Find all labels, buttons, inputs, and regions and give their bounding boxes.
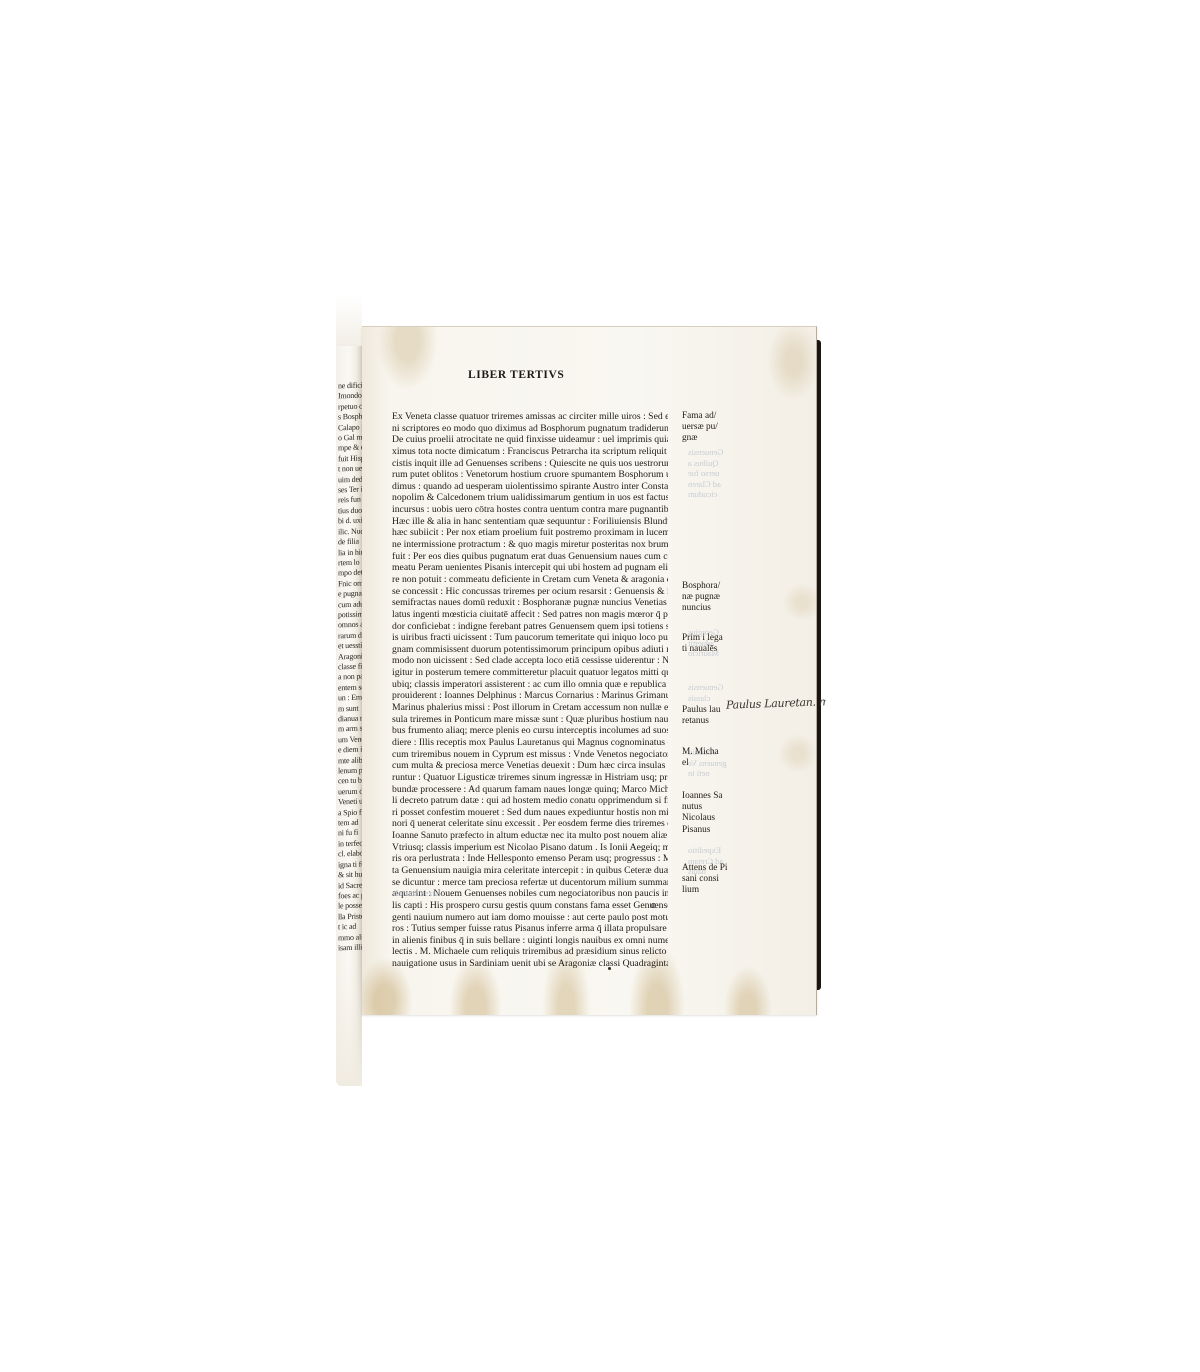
left-page-text: ne dificitImondo & inrpetuo cis Bosphoru… — [338, 381, 362, 954]
text-line: runtur : Quatuor Ligusticæ triremes sinu… — [392, 772, 668, 784]
ghost-note-line: Genuensis — [688, 682, 734, 693]
text-line: se concessit : Hic concussas triremes pe… — [392, 586, 668, 598]
text-line: genti nauium numero aut iam domo mouisse… — [392, 912, 668, 924]
margin-note-line: Nicolaus — [682, 813, 734, 824]
ghost-note-line: neti in — [688, 768, 734, 779]
text-line: fuit : Per eos dies quibus pugnatum erat… — [392, 551, 668, 563]
book-page: LIBER TERTIVS Ex Veneta classe quatuor t… — [362, 326, 817, 1015]
ghost-note-line: ad Claren — [688, 479, 734, 490]
text-line: hæc subiicit : Per nox etiam proelium fu… — [392, 527, 668, 539]
left-page-line: omnos ad i — [338, 620, 362, 631]
left-page-line: e diem in — [338, 745, 362, 756]
margin-note-line: Fama ad/ — [682, 411, 734, 422]
signature-mark: o — [651, 900, 656, 911]
margin-note-bosphorana: Bosphora/næ pugnænuncius — [682, 581, 734, 615]
body-text: Ex Veneta classe quatuor triremes amissa… — [392, 411, 668, 970]
margin-note-line: Prim i lega — [682, 633, 734, 644]
left-page-line: et uesstile : N — [338, 641, 362, 652]
left-page-line: le posse qui — [338, 901, 362, 912]
text-line: igitur in posterum temere committeretur … — [392, 667, 668, 679]
text-line: Ex Veneta classe quatuor triremes amissa… — [392, 411, 668, 423]
margin-note-line: el — [682, 758, 734, 769]
margin-note-line: uersæ pu/ — [682, 422, 734, 433]
left-page-line: mpe & est — [338, 443, 362, 454]
left-page-line: Imondo & in — [338, 391, 362, 402]
text-line: Hæc ille & alia in hanc sententiam quæ s… — [392, 516, 668, 528]
ghost-note-line: uerso fue — [688, 468, 734, 479]
ghost-note-line: Expeditio — [688, 845, 734, 856]
margin-note-pisani-consilium: Attens de Pisani consilium — [682, 863, 734, 897]
text-line: ubiq; classis imperatori assisterent : a… — [392, 679, 668, 691]
text-line: gnam commisissent duorum potentissimorum… — [392, 644, 668, 656]
ghost-note-line: Quibus a — [688, 458, 734, 469]
text-line: incursus : uobis uero cōtra hostes contr… — [392, 504, 668, 516]
left-page-line: id Sacredo — [338, 880, 362, 891]
text-line: semifractas naues domū reduxit : Bosphor… — [392, 597, 668, 609]
text-line: Marinus phalerius missi : Post illorum i… — [392, 702, 668, 714]
text-line: ni scriptores eo modo quo diximus ad Bos… — [392, 423, 668, 435]
handwritten-annotation: Paulus Lauretan. ma — [726, 695, 826, 711]
text-line: ximus tota nocte dimicatum : Franciscus … — [392, 446, 668, 458]
text-line: li decreto patrum datæ : qui ad hostem m… — [392, 795, 668, 807]
text-line: latus ingenti mœsticia ciuitatē affecit … — [392, 609, 668, 621]
margin-note-line: retanus — [682, 716, 734, 727]
text-line: dimus : quando ad uesperam uiolentissimo… — [392, 481, 668, 493]
margin-note-line: nuncius — [682, 603, 734, 614]
text-line: is uiribus fracti uicissent : Tum paucor… — [392, 632, 668, 644]
margin-note-line: M. Micha — [682, 747, 734, 758]
left-page-line: cen tu bi — [338, 776, 362, 787]
text-line: cistis inquit ille ad Genuenses scribens… — [392, 458, 668, 470]
left-page-line: cl. elabore ii — [338, 849, 362, 860]
text-line: Vtriusq; classis imperium est Nicolao Pi… — [392, 842, 668, 854]
text-line: ta Genuensium nauigia mira celeritate in… — [392, 865, 668, 877]
text-line: meatu Peram uenientes Pisanis intercepit… — [392, 562, 668, 574]
text-line: dor conficiebat : indigne ferebant patre… — [392, 621, 668, 633]
left-page-line: bi d. uxi — [338, 516, 362, 527]
left-page-line: m arm st — [338, 724, 362, 735]
left-page-line: mpo dete — [338, 568, 362, 579]
left-page-line: reis fun — [338, 495, 362, 506]
text-line: cum triremibus nouem in Cyprum est missu… — [392, 749, 668, 761]
text-line: cum multa & preciosa merce Venetias deue… — [392, 760, 668, 772]
text-line: De cuius proelii atrocitate ne quid finx… — [392, 434, 668, 446]
margin-note-line: sani consi — [682, 874, 734, 885]
text-line: nauigatione usus in Sardiniam uenit ubi … — [392, 958, 668, 970]
left-page-line: isam illis — [338, 943, 362, 954]
text-line: lectis . M. Michaele cum reliquis trirem… — [392, 946, 668, 958]
left-page-line: a Spio fi — [338, 807, 362, 818]
text-line: ne intermissione protractum : & quo magi… — [392, 539, 668, 551]
left-page-line: e pugnae — [338, 589, 362, 600]
left-page-line: t non uer — [338, 464, 362, 475]
left-page-line: s Bosphoru — [338, 412, 362, 423]
left-facing-page: ne dificitImondo & inrpetuo cis Bosphoru… — [336, 296, 362, 1086]
text-line: bus frumento aliaq; merce plenis eo curs… — [392, 725, 668, 737]
margin-note-line: Pisanus — [682, 825, 734, 836]
text-line: nori q̄ uenerat celeritate sinu excessit… — [392, 818, 668, 830]
text-line: lis capti : His prospero cursu gestis qu… — [392, 900, 668, 912]
foxing-spot — [608, 967, 611, 970]
margin-note-sanutus-pisanus: Ioannes SanutusNicolausPisanus — [682, 791, 734, 836]
margin-note-line: næ pugnæ — [682, 592, 734, 603]
text-line: ri posset confestim moueret : Sed dum na… — [392, 807, 668, 819]
text-line: modo non uicissent : Sed clade accepta l… — [392, 655, 668, 667]
text-line: se dicuntur : merce tam preciosa refertæ… — [392, 877, 668, 889]
left-page-line: a non pali — [338, 672, 362, 683]
text-line: ris ora perlustrata : Inde Hellesponto e… — [392, 853, 668, 865]
text-line: rum putet oblitos : Venetorum hostium cr… — [392, 469, 668, 481]
left-page-line: lla Pristemi — [338, 911, 362, 922]
margin-note-primi-legati: Prim i legati naualēs — [682, 633, 734, 655]
text-line: in alienis finibus q̄ in suis bellare : … — [392, 935, 668, 947]
ghost-note-line: cicudum — [688, 489, 734, 500]
text-line: bundæ processere : Ad quarum famam naues… — [392, 784, 668, 796]
left-page-line: Veneti uti — [338, 797, 362, 808]
ghost-note-line: Genuensis — [688, 447, 734, 458]
page-shadow — [336, 966, 362, 1086]
margin-note-line: lium — [682, 885, 734, 896]
margin-note-line: Attens de Pi — [682, 863, 734, 874]
running-head: LIBER TERTIVS — [468, 369, 588, 381]
left-page-line: cum adue — [338, 599, 362, 610]
margin-note-line: gnæ — [682, 433, 734, 444]
text-line: nopolim & Calcedonem trium ualidissimaru… — [392, 492, 668, 504]
margin-note-line: nutus — [682, 802, 734, 813]
left-page-line: lia in hinc — [338, 547, 362, 558]
text-line: ros : Tutius semper fuisse ratus Pisanus… — [392, 923, 668, 935]
margin-note-michael: M. Michael — [682, 747, 734, 769]
text-line: re non potuit : commeatu deficiente in C… — [392, 574, 668, 586]
text-line: prouiderent : Ioannes Delphinus : Marcus… — [392, 690, 668, 702]
margin-notes: GenuensisQuibus auerso fuead Clarencicud… — [682, 327, 812, 1015]
margin-note-line: ti naualēs — [682, 644, 734, 655]
margin-note-fama: Fama ad/uersæ pu/gnæ — [682, 411, 734, 445]
ghost-note: GenuensisQuibus auerso fuead Clarencicud… — [688, 447, 734, 500]
text-line: sula triremes in Ponticum mare missæ sun… — [392, 714, 668, 726]
show-through-text: decima sexta — [394, 889, 439, 898]
page-curl — [336, 296, 362, 346]
left-page-line: mmo aliquo — [338, 932, 362, 943]
margin-note-line: Bosphora/ — [682, 581, 734, 592]
text-line: Ioanne Sanuto præfecto in altum eductæ n… — [392, 830, 668, 842]
text-line: diere : Illis receptis mox Paulus Lauret… — [392, 737, 668, 749]
margin-note-line: Ioannes Sa — [682, 791, 734, 802]
left-page-line: de filia — [338, 537, 362, 548]
left-page-line: un : Emolu — [338, 693, 362, 704]
left-page-line: & sit hun — [338, 870, 362, 881]
